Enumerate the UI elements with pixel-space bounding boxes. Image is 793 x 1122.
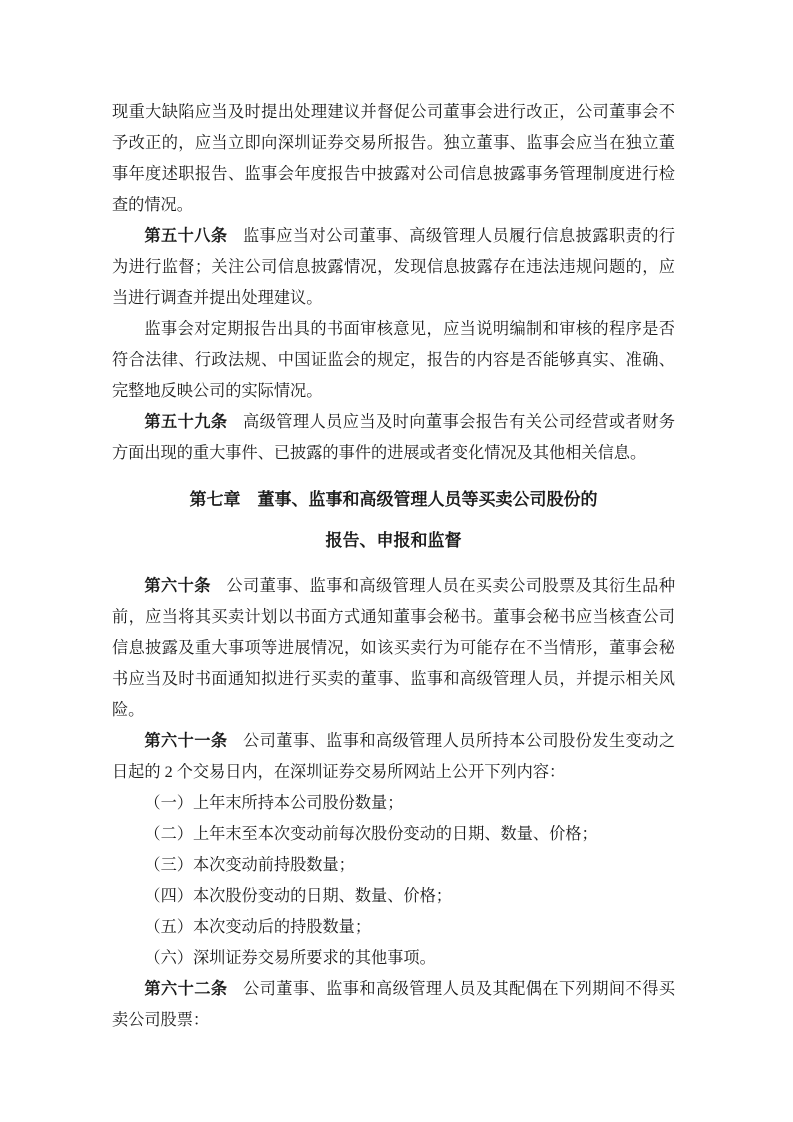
article-60-paragraph: 第六十条公司董事、监事和高级管理人员在买卖公司股票及其衍生品种前，应当将其买卖计… [112,571,675,726]
article-60-text: 公司董事、监事和高级管理人员在买卖公司股票及其衍生品种前，应当将其买卖计划以书面… [112,577,675,719]
article-61-item-6: （六）深圳证券交易所要求的其他事项。 [112,943,675,974]
article-61-item-2: （二）上年末至本次变动前每次股份变动的日期、数量、价格； [112,819,675,850]
article-61-number: 第六十一条 [144,732,227,750]
chapter-heading-line1: 第七章 董事、监事和高级管理人员等买卖公司股份的 [112,479,675,520]
article-58-number: 第五十八条 [144,227,227,245]
document-page: 现重大缺陷应当及时提出处理建议并督促公司董事会进行改正，公司董事会不予改正的，应… [0,0,793,1122]
article-62-number: 第六十二条 [144,980,227,998]
article-59-paragraph: 第五十九条高级管理人员应当及时向董事会报告有关公司经营或者财务方面出现的重大事件… [112,407,675,469]
article-59-number: 第五十九条 [144,413,227,431]
article-61-item-4: （四）本次股份变动的日期、数量、价格； [112,881,675,912]
article-62-paragraph: 第六十二条公司董事、监事和高级管理人员及其配偶在下列期间不得买卖公司股票： [112,974,675,1036]
article-60-number: 第六十条 [144,577,211,595]
article-61-item-3: （三）本次变动前持股数量； [112,850,675,881]
document-content: 现重大缺陷应当及时提出处理建议并督促公司董事会进行改正，公司董事会不予改正的，应… [112,97,675,1036]
supervisory-board-paragraph: 监事会对定期报告出具的书面审核意见，应当说明编制和审核的程序是否符合法律、行政法… [112,314,675,407]
chapter-heading: 第七章 董事、监事和高级管理人员等买卖公司股份的 报告、申报和监督 [112,479,675,561]
article-61-paragraph: 第六十一条公司董事、监事和高级管理人员所持本公司股份发生变动之日起的 2 个交易… [112,726,675,788]
article-61-item-5: （五）本次变动后的持股数量； [112,912,675,943]
continuation-paragraph: 现重大缺陷应当及时提出处理建议并督促公司董事会进行改正，公司董事会不予改正的，应… [112,97,675,221]
article-58-paragraph: 第五十八条监事应当对公司董事、高级管理人员履行信息披露职责的行为进行监督；关注公… [112,221,675,314]
article-61-item-1: （一）上年末所持本公司股份数量； [112,788,675,819]
chapter-heading-line2: 报告、申报和监督 [112,520,675,561]
